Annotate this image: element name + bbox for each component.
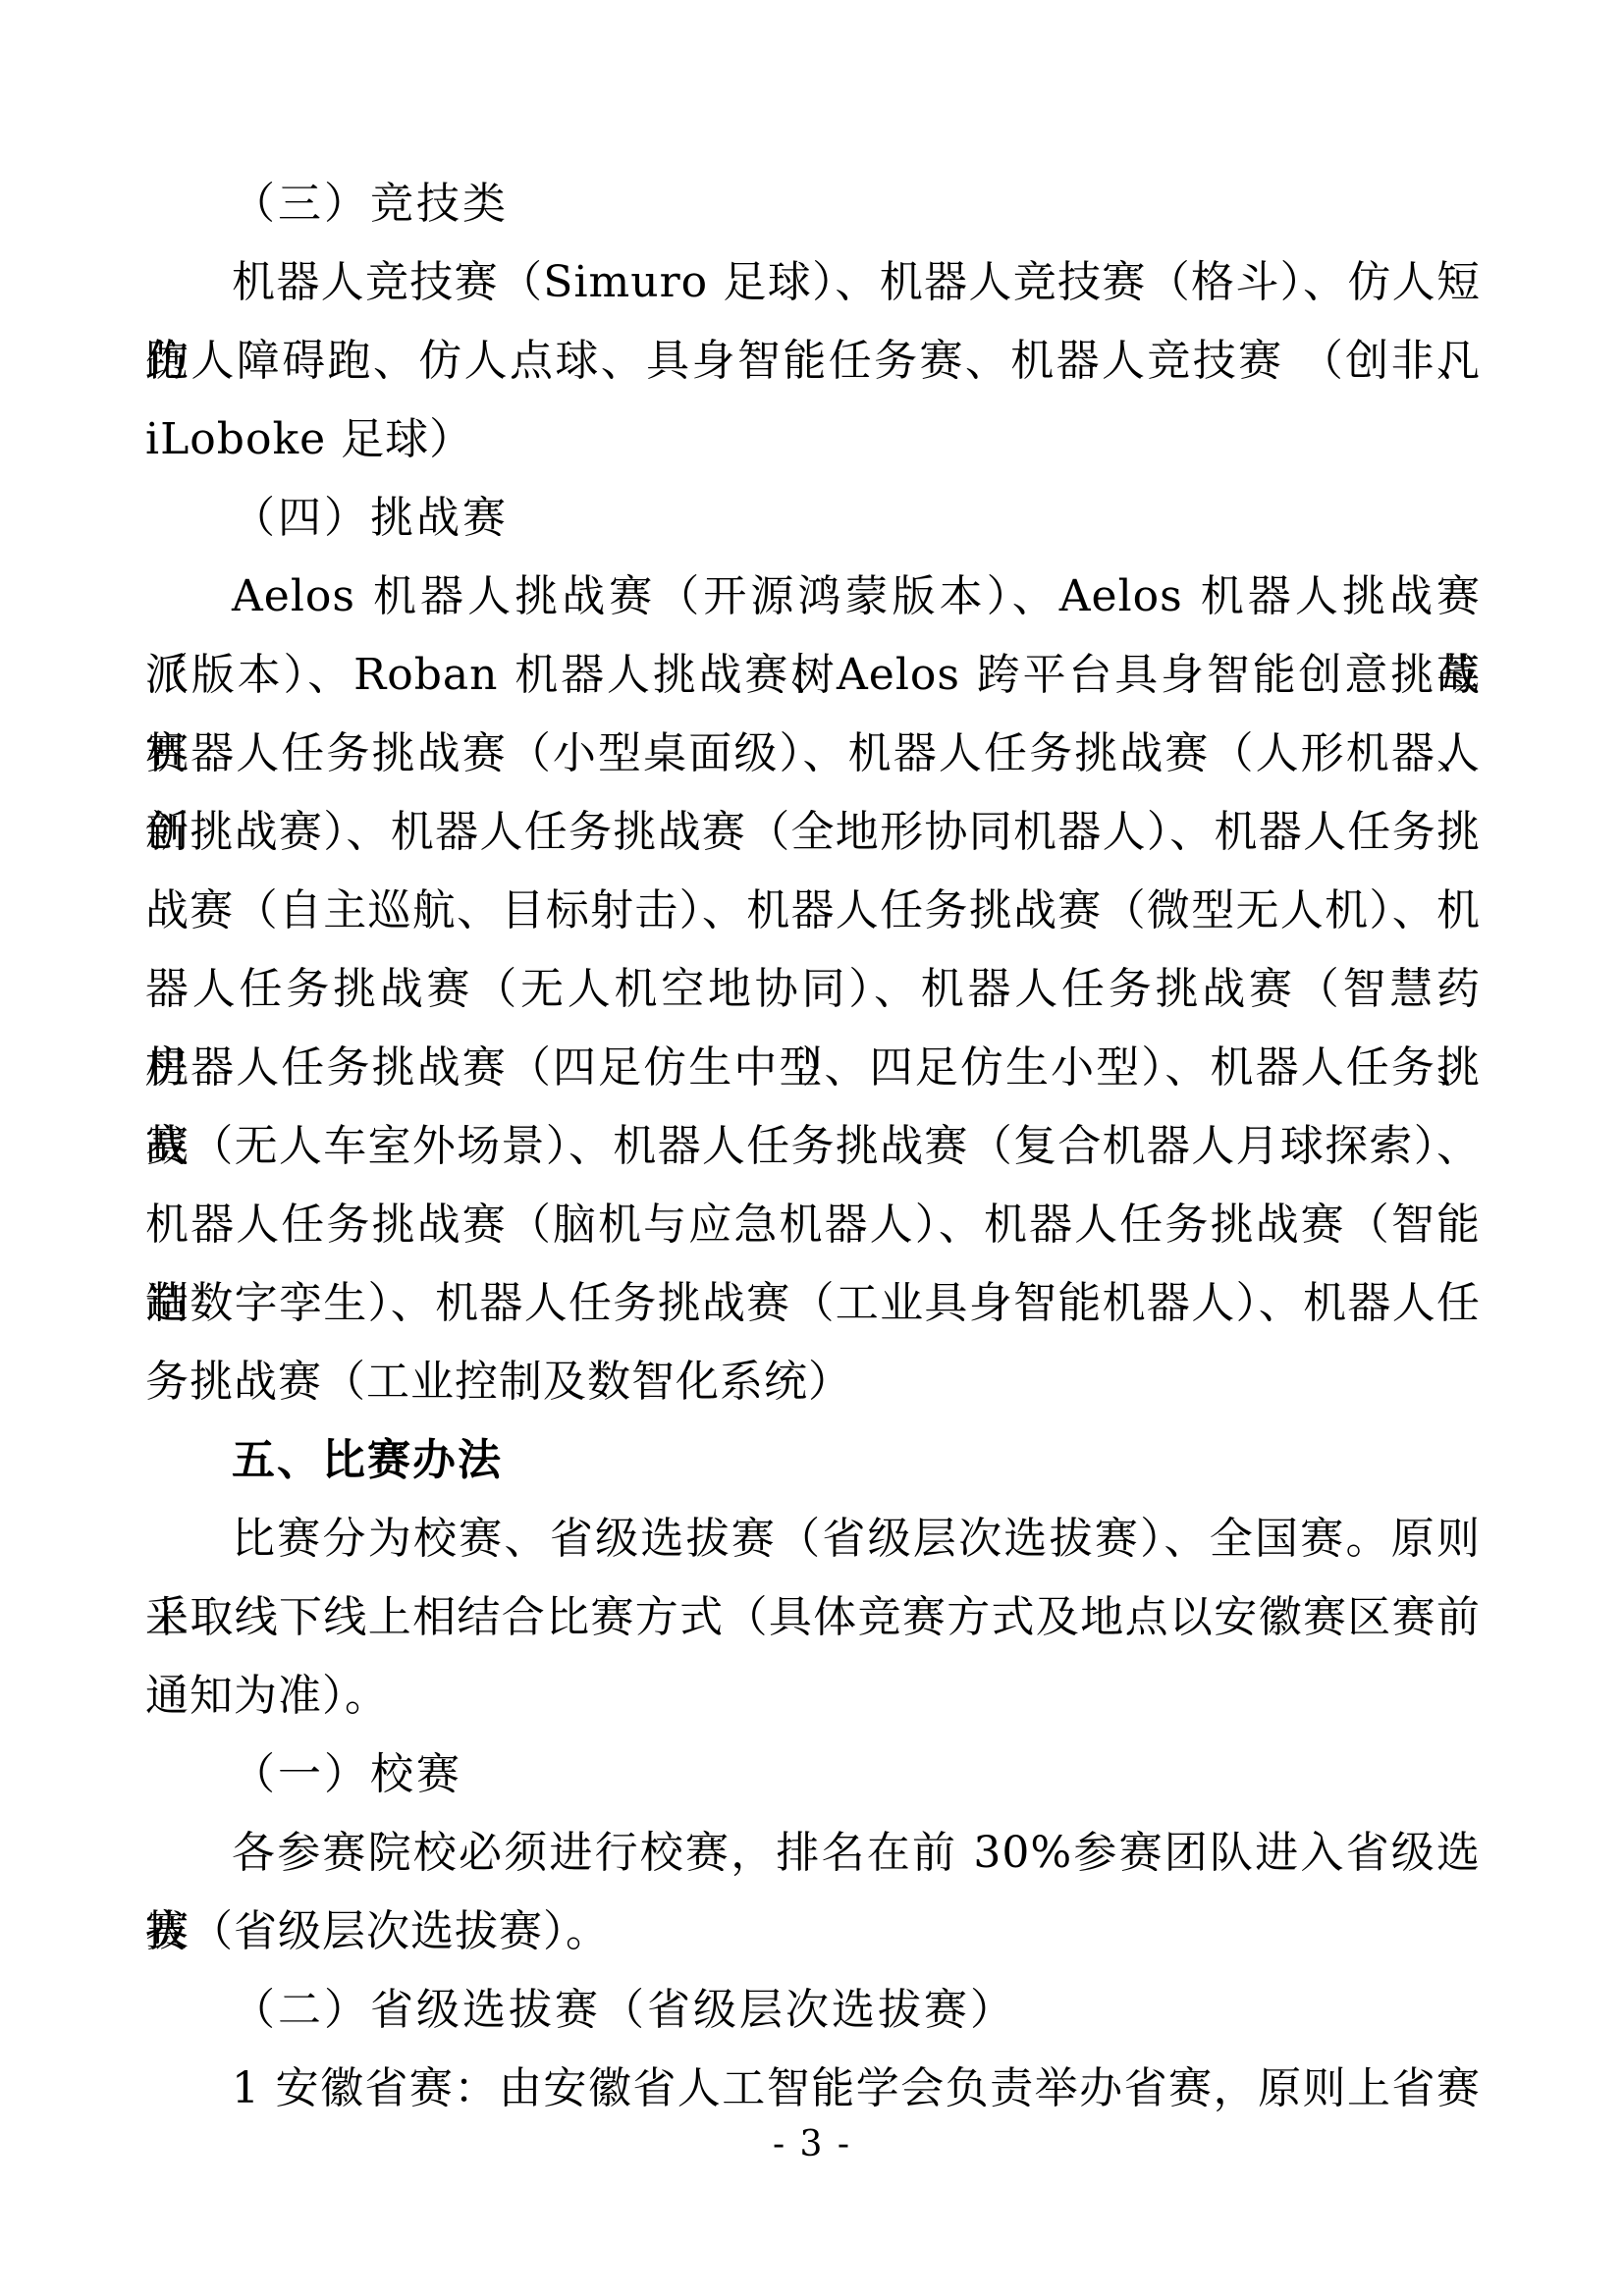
text-line: 务挑战赛（工业控制及数智化系统） <box>145 1343 1481 1421</box>
text-line: 各参赛院校必须进行校赛，排名在前 30%参赛团队进入省级选拔 <box>145 1814 1481 1893</box>
text-line: 机器人竞技赛（Simuro 足球）、机器人竞技赛（格斗）、仿人短跑、 <box>145 243 1481 322</box>
subheading-challenge-category: （四）挑战赛 <box>145 479 1481 558</box>
text-line: 通知为准）。 <box>145 1657 1481 1735</box>
subheading-school-round: （一）校赛 <box>145 1735 1481 1814</box>
text-line: Aelos 机器人挑战赛（开源鸿蒙版本）、Aelos 机器人挑战赛（树莓 <box>145 558 1481 636</box>
text-line: 赛（省级层次选拔赛）。 <box>145 1893 1481 1971</box>
subheading-competitive-category: （三）竞技类 <box>145 165 1481 243</box>
document-body: （三）竞技类 机器人竞技赛（Simuro 足球）、机器人竞技赛（格斗）、仿人短跑… <box>145 165 1481 2128</box>
section-heading-contest-method: 五、比赛办法 <box>145 1421 1481 1500</box>
text-line: 仿人障碍跑、仿人点球、具身智能任务赛、机器人竞技赛 （创非凡 <box>145 322 1481 400</box>
text-line: 机器人任务挑战赛（小型桌面级）、机器人任务挑战赛（人形机器人创 <box>145 715 1481 793</box>
text-line: 新挑战赛）、机器人任务挑战赛（全地形协同机器人）、机器人任务挑 <box>145 793 1481 872</box>
text-line: 派版本）、Roban 机器人挑战赛、Aelos 跨平台具身智能创意挑战赛、 <box>145 636 1481 715</box>
text-line: 比赛分为校赛、省级选拔赛（省级层次选拔赛）、全国赛。原则上 <box>145 1500 1481 1578</box>
page-number: - 3 - <box>0 2115 1624 2174</box>
text-line: 器人任务挑战赛（无人机空地协同）、机器人任务挑战赛（智慧药房）、 <box>145 950 1481 1029</box>
document-page: （三）竞技类 机器人竞技赛（Simuro 足球）、机器人竞技赛（格斗）、仿人短跑… <box>0 0 1624 2296</box>
text-line: iLoboke 足球） <box>145 400 1481 479</box>
text-line: 造数字孪生）、机器人任务挑战赛（工业具身智能机器人）、机器人任 <box>145 1264 1481 1343</box>
text-line: 战赛（自主巡航、目标射击）、机器人任务挑战赛（微型无人机）、机 <box>145 872 1481 950</box>
text-line: 机器人任务挑战赛（四足仿生中型、四足仿生小型）、机器人任务挑战 <box>145 1029 1481 1107</box>
text-line: 机器人任务挑战赛（脑机与应急机器人）、机器人任务挑战赛（智能制 <box>145 1186 1481 1264</box>
text-line: 赛（无人车室外场景）、机器人任务挑战赛（复合机器人月球探索）、 <box>145 1107 1481 1186</box>
text-line: 采取线下线上相结合比赛方式（具体竞赛方式及地点以安徽赛区赛前 <box>145 1578 1481 1657</box>
subheading-provincial-round: （二）省级选拔赛（省级层次选拔赛） <box>145 1971 1481 2050</box>
